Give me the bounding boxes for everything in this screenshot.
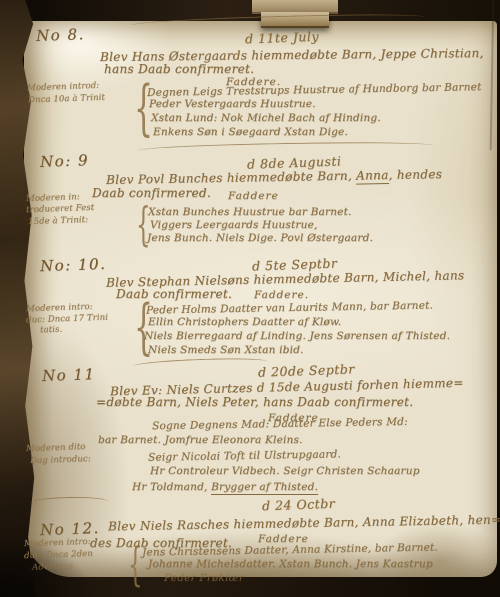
record-line: Daab confirmered.: [92, 186, 211, 200]
handwritten-entries: No 8. d 11te July Blev Hans Østergaards …: [0, 0, 500, 597]
margin-note: duc: Dnca 2den: [24, 549, 93, 561]
godparent-text: Hr Toldmand,: [132, 481, 211, 493]
godparent-line: Xstan Lund: Nok Michel Bach af Hinding.: [151, 112, 381, 124]
record-line: =døbte Barn, Niels Peter, hans Daab conf…: [96, 395, 413, 409]
godparent-line: Degnen Leigs Treststrups Huustrue af Hun…: [147, 81, 482, 99]
margin-note: Adventus: [32, 561, 73, 572]
margin-note: Moderen dito: [26, 442, 86, 454]
margin-note: Moderen intro:: [24, 537, 91, 549]
margin-note: Moderen introd:: [27, 81, 99, 94]
godparent-line: Niels Bierregaard af Linding. Jens Søren…: [144, 330, 450, 342]
margin-note: Moderen in:: [26, 192, 80, 204]
entry-date: d 24 Octbr: [262, 496, 336, 514]
entry-date: d 11te July: [245, 29, 319, 47]
record-line: hans Daab confirmeret.: [104, 62, 254, 76]
godparent-line: Peder Frøkiær: [164, 572, 244, 584]
godparents-label: Faddere.: [254, 289, 309, 301]
godparent-line: Niels Smeds Søn Xstan ibid.: [148, 344, 304, 356]
record-line: Blev Povl Bunches hiemmedøbte Barn, Anna…: [106, 167, 442, 187]
record-line: Blev Niels Rasches hiemmedøbte Barn, Ann…: [108, 513, 500, 534]
margin-note: Moderen intro:: [26, 302, 93, 314]
pen-flourish: [132, 12, 424, 30]
godparent-line: Hr Toldmand, Brygger af Thisted.: [132, 481, 318, 493]
godparent-line: bar Barnet. Jomfrue Eleonora Kleins.: [98, 434, 303, 446]
pen-flourish: [138, 140, 433, 155]
margin-note: Dnca 10a à Trinit: [28, 93, 105, 106]
entry-number: No: 9: [40, 151, 90, 171]
register-page-scan: No 8. d 11te July Blev Hans Østergaards …: [0, 0, 500, 597]
margin-note: duc: Dnca 17 Trini: [26, 313, 108, 326]
record-text: , hendes: [388, 167, 442, 182]
record-text: Blev Povl Bunches hiemmedøbte Barn,: [106, 169, 356, 187]
pen-flourish: [30, 496, 108, 507]
godparent-line: Johanne Michelsdatter. Xstan Bunch. Jens…: [148, 558, 433, 570]
margin-note: Dag introduc:: [30, 454, 91, 466]
godparent-line: Ellin Christophers Daatter af Kløw.: [148, 316, 341, 328]
godparents-label: Faddere: [228, 190, 279, 202]
godparent-line: Seigr Nicolai Toft til Ulstrupgaard.: [148, 448, 341, 463]
child-name-underlined: Anna: [356, 168, 389, 185]
margin-note: 15de à Trinit:: [28, 215, 88, 227]
entry-number: No 8.: [36, 25, 85, 45]
godparent-line: Peder Vestergaards Huustrue.: [149, 98, 316, 110]
entry-number: No 11: [42, 365, 96, 385]
godparent-line: Enkens Søn i Søegaard Xstan Dige.: [153, 126, 348, 138]
entry-date: d 20de Septbr: [258, 361, 355, 379]
godparent-line: Hr Controleur Vidbech. Seigr Christen Sc…: [150, 465, 420, 477]
entry-number: No: 10.: [40, 255, 107, 275]
list-brace: {: [128, 541, 143, 587]
pen-flourish: [133, 357, 268, 372]
occupation-underlined: Brygger af Thisted.: [211, 481, 318, 495]
godparent-line: Sogne Degnens Mad: Daatter Else Peders M…: [152, 416, 408, 432]
godparent-line: Peder Holms Daatter van Laurits Mann, ba…: [146, 299, 433, 316]
margin-note: troduceret Fest: [26, 203, 95, 215]
margin-note: tatis.: [40, 325, 63, 336]
godparent-line: Jens Bunch. Niels Dige. Povl Østergaard.: [147, 232, 373, 244]
godparent-line: Viggers Leergaards Huustrue,: [150, 219, 318, 231]
godparent-line: Xstan Bunches Huustrue bar Barnet.: [148, 206, 352, 218]
